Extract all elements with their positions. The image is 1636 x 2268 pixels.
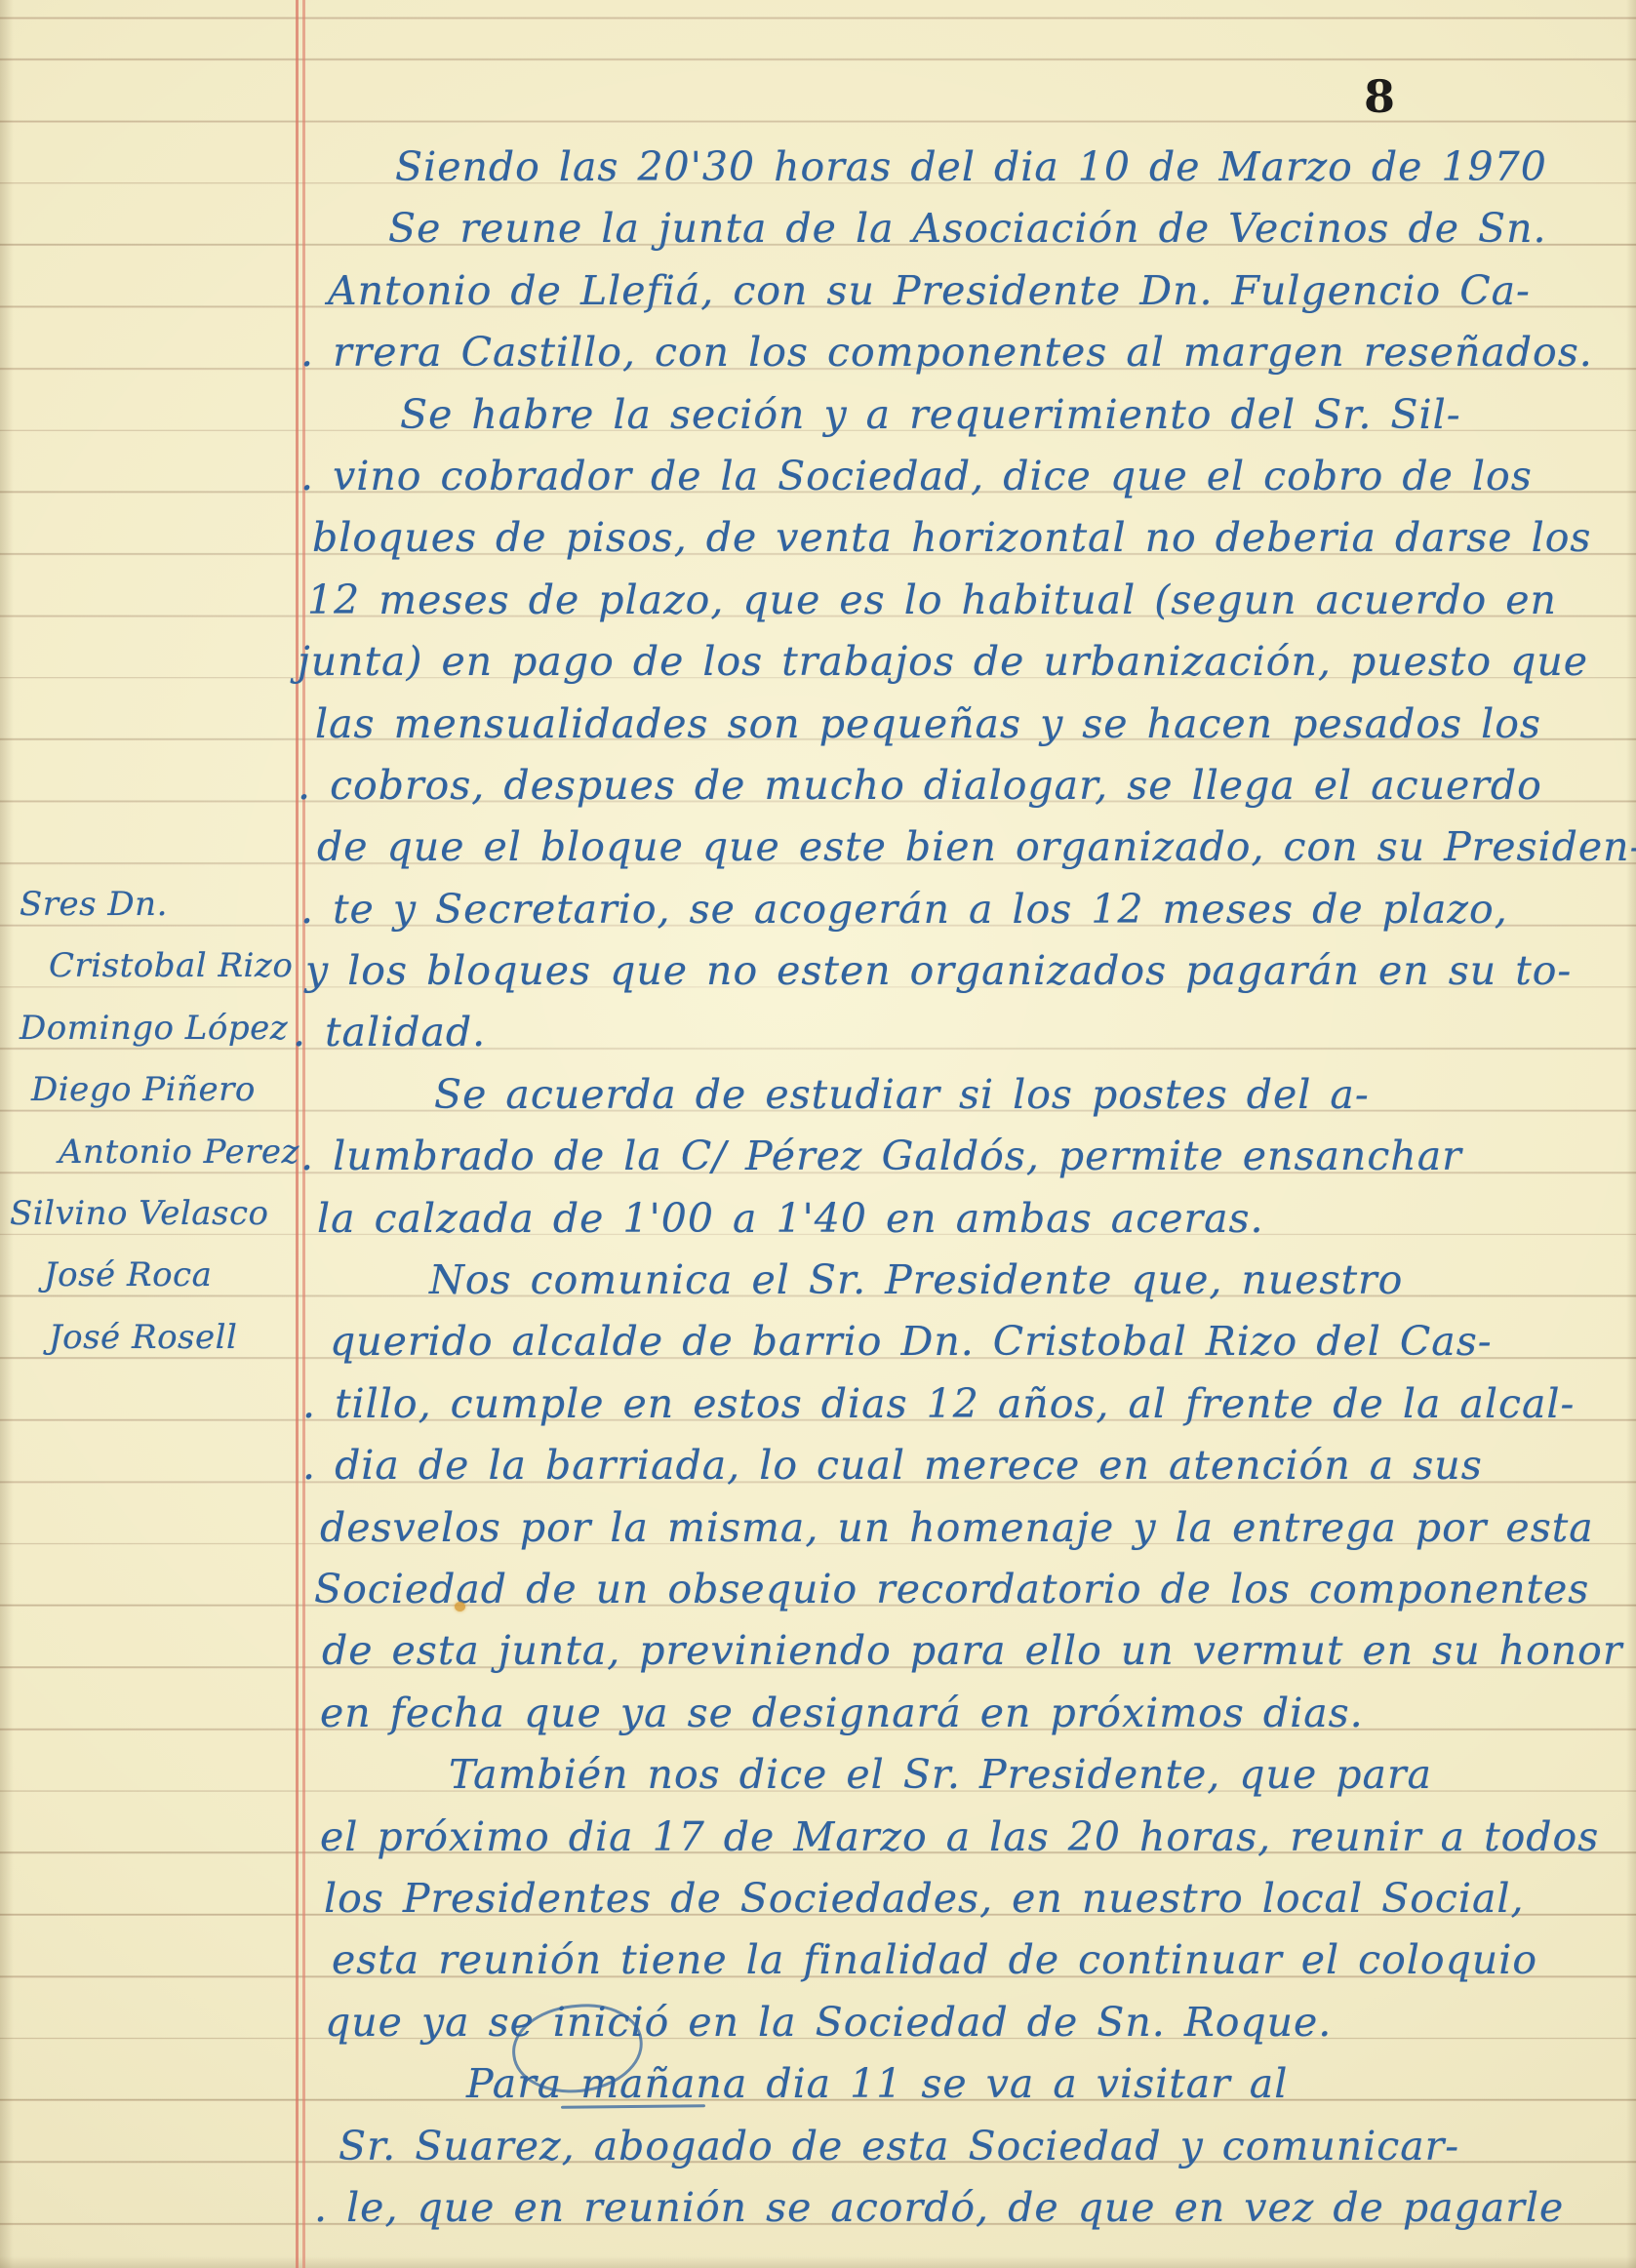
manuscript-line: Sr. Suarez, abogado de esta Sociedad y c…: [0, 2116, 1636, 2177]
manuscript-line: . cobros, despues de mucho dialogar, se …: [0, 755, 1636, 816]
manuscript-line: las mensualidades son pequeñas y se hace…: [0, 694, 1636, 755]
manuscript-line: en fecha que ya se designará en próximos…: [0, 1683, 1636, 1744]
manuscript-line: la calzada de 1'00 a 1'40 en ambas acera…: [0, 1188, 1636, 1250]
manuscript-line: También nos dice el Sr. Presidente, que …: [0, 1744, 1636, 1806]
manuscript-page: 8 Sres Dn. Cristobal Rizo Domingo López …: [0, 0, 1636, 2268]
manuscript-line: Sociedad de un obsequio recordatorio de …: [0, 1559, 1636, 1620]
paper-bottom-edge-shadow: [0, 2256, 1636, 2268]
manuscript-line: desvelos por la misma, un homenaje y la …: [0, 1497, 1636, 1559]
manuscript-line: Se acuerda de estudiar si los postes del…: [0, 1064, 1636, 1126]
manuscript-line: . le, que en reunión se acordó, de que e…: [0, 2177, 1636, 2239]
manuscript-line: el próximo dia 17 de Marzo a las 20 hora…: [0, 1807, 1636, 1868]
manuscript-line: querido alcalde de barrio Dn. Cristobal …: [0, 1311, 1636, 1373]
manuscript-line: . dia de la barriada, lo cual merece en …: [0, 1435, 1636, 1496]
manuscript-line: de que el bloque que este bien organizad…: [0, 816, 1636, 878]
manuscript-line: 12 meses de plazo, que es lo habitual (s…: [0, 570, 1636, 631]
manuscript-line: . talidad.: [0, 1002, 1636, 1063]
manuscript-line: y los bloques que no esten organizados p…: [0, 940, 1636, 1002]
manuscript-line: que ya se inició en la Sociedad de Sn. R…: [0, 1992, 1636, 2053]
manuscript-line: Se habre la seción y a requerimiento del…: [0, 384, 1636, 446]
manuscript-line: los Presidentes de Sociedades, en nuestr…: [0, 1868, 1636, 1930]
manuscript-line: junta) en pago de los trabajos de urbani…: [0, 631, 1636, 693]
minutes-text: Siendo las 20'30 horas del dia 10 de Mar…: [0, 137, 1636, 2239]
paper-stain: [455, 1602, 465, 1611]
manuscript-line: . rrera Castillo, con los componentes al…: [0, 322, 1636, 383]
manuscript-line: de esta junta, previniendo para ello un …: [0, 1620, 1636, 1682]
manuscript-line: Antonio de Llefiá, con su Presidente Dn.…: [0, 260, 1636, 322]
manuscript-line: Se reune la junta de la Asociación de Ve…: [0, 198, 1636, 259]
manuscript-line: . lumbrado de la C/ Pérez Galdós, permit…: [0, 1126, 1636, 1187]
manuscript-line: Siendo las 20'30 horas del dia 10 de Mar…: [0, 137, 1636, 198]
manuscript-line: esta reunión tiene la finalidad de conti…: [0, 1930, 1636, 1991]
manuscript-line: . te y Secretario, se acogerán a los 12 …: [0, 879, 1636, 940]
manuscript-line: Para mañana dia 11 se va a visitar al: [0, 2053, 1636, 2115]
manuscript-line: Nos comunica el Sr. Presidente que, nues…: [0, 1250, 1636, 1311]
page-number: 8: [1364, 70, 1396, 123]
manuscript-line: bloques de pisos, de venta horizontal no…: [0, 507, 1636, 569]
manuscript-line: . tillo, cumple en estos dias 12 años, a…: [0, 1373, 1636, 1435]
manuscript-line: . vino cobrador de la Sociedad, dice que…: [0, 446, 1636, 507]
